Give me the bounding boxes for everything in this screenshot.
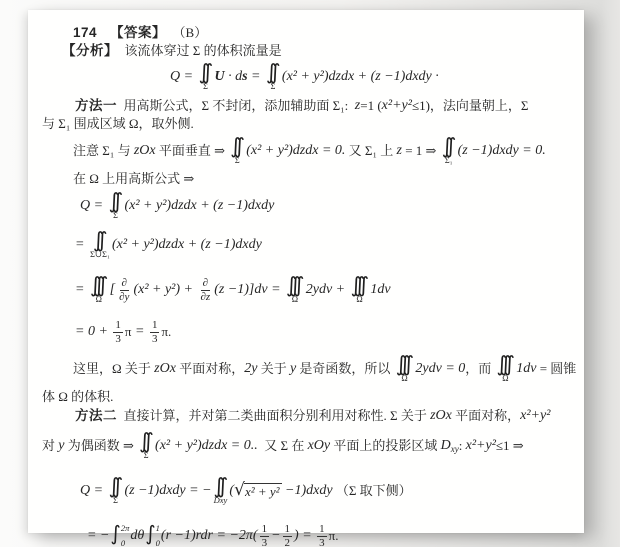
math-segment: (x² + y²)dzdx = 0.. — [155, 437, 258, 455]
integral-limit: Σ — [203, 81, 208, 92]
fraction: 13 — [260, 523, 270, 547]
fraction: ∂∂y — [117, 277, 131, 303]
integral-glyph: ∫∫ — [214, 477, 228, 497]
text-segment: ，而 — [465, 361, 494, 377]
integral-glyph: ∫∫ — [109, 477, 123, 497]
lower-limit: 0 — [121, 538, 130, 547]
integral-glyph: ∫ — [145, 523, 155, 547]
math-segment: x²+y² — [520, 407, 550, 425]
text-segment: 平面垂直 ⇒ — [156, 143, 229, 159]
math-segment: (x² + y²)dzdx + (z −1)dxdy — [124, 197, 274, 215]
symmetry-explanation-line: 这里，Ω 关于 zOx 平面对称，2y 关于 y 是奇函数，所以 ∫∫∫Ω2yd… — [73, 351, 572, 387]
fraction-numerator: 1 — [113, 319, 123, 333]
math-segment: (r −1)rdr = −2π( — [161, 527, 258, 545]
text-segment: = 圆锥 — [536, 361, 576, 377]
text-segment — [97, 25, 110, 41]
double-integral: ∫∫Σ — [230, 137, 244, 166]
math-segment: 2ydv + — [306, 281, 349, 299]
fraction-numerator: 1 — [283, 523, 293, 537]
math-segment: = — [248, 68, 264, 86]
solution-content: 174 【答案】 （B）【分析】 该流体穿过 Σ 的体积流量是Q = ∫∫ΣU … — [42, 24, 572, 547]
text-segment: 体 Ω 的体积. — [42, 389, 113, 405]
fraction-denominator: 2 — [283, 537, 293, 547]
method-1-continuation-line: 与 Σ₁ 围成区域 Ω，取外侧. — [42, 115, 572, 133]
radicand: x² + y² — [244, 483, 282, 500]
integral-glyph: ∫∫∫ — [286, 276, 304, 296]
q-method2-formula-line: Q = ∫∫Σ(z −1)dxdy = −∫∫Dxy(√x² + y² −1)d… — [80, 471, 572, 511]
math-segment: x²+y² — [382, 97, 412, 115]
q-expansion-line-1: Q = ∫∫Σ(x² + y²)dzdx + (z −1)dxdy — [80, 188, 572, 224]
text-segment: 关于 — [257, 361, 290, 377]
fraction-denominator: ∂z — [198, 291, 212, 304]
math-segment: zOx — [134, 142, 156, 160]
math-segment: ) = — [294, 527, 315, 545]
definite-integral: ∫2π0 — [110, 523, 129, 547]
integral-glyph: ∫∫ — [442, 137, 456, 157]
math-segment: dθ — [130, 527, 144, 545]
math-segment: 1dv — [516, 360, 536, 378]
text-segment: 又 Σ₁ 上 — [345, 143, 396, 159]
math-segment: = 0 + — [75, 323, 111, 341]
text-segment: 平面对称， — [452, 408, 520, 424]
double-integral: ∫∫Σ∪Σ₁ — [90, 231, 110, 260]
symmetry-continuation-line: 体 Ω 的体积. — [42, 388, 572, 406]
q-expansion-line-3: = ∫∫∫Ω[∂∂y(x² + y²) + ∂∂z(z −1)]dv = ∫∫∫… — [75, 267, 572, 313]
text-segment: 对 — [42, 438, 58, 454]
text-segment: ≤1 ⇒ — [496, 438, 524, 454]
bold-heading-segment: 【分析】 — [62, 43, 118, 60]
text-segment: ≤1)，法向量朝上，Σ — [412, 98, 529, 114]
perpendicular-note-line: 注意 Σ₁ 与 zOx 平面垂直 ⇒ ∫∫Σ(x² + y²)dzdx = 0.… — [73, 133, 572, 169]
integral-limits: 10 — [156, 523, 160, 547]
math-segment: Q = — [80, 197, 107, 215]
integral-glyph: ∫∫ — [230, 137, 244, 157]
answer-line: 174 【答案】 （B） — [73, 24, 572, 42]
fraction-numerator: ∂ — [120, 277, 129, 291]
integral-limit: Ω — [356, 294, 362, 305]
math-segment: 1dv — [370, 281, 390, 299]
integral-limit: Ω — [96, 294, 102, 305]
math-segment: · d — [225, 68, 243, 86]
q-result-line: = 0 + 13π = 13π. — [75, 315, 572, 349]
text-segment: （B） — [166, 25, 207, 41]
fraction: 13 — [317, 523, 327, 547]
fraction: 13 — [150, 319, 160, 345]
double-integral: ∫∫Σ — [109, 192, 123, 221]
math-segment: = − — [87, 527, 109, 545]
integral-glyph: ∫∫ — [266, 63, 280, 83]
math-segment: 2ydv = 0 — [415, 360, 465, 378]
text-segment: 又 Σ 在 — [258, 438, 308, 454]
integral-limit: Ω — [502, 373, 508, 384]
integral-glyph: ∫∫ — [139, 432, 153, 452]
math-segment: [ — [110, 281, 115, 299]
text-segment: 平面对称， — [176, 361, 244, 377]
text-segment: 与 Σ₁ 围成区域 Ω，取外侧. — [42, 116, 194, 132]
math-segment: = — [75, 236, 88, 254]
text-segment: π. — [161, 324, 171, 340]
subscripted-symbol: Dxy — [441, 437, 459, 455]
math-segment: x²+y² — [466, 437, 496, 455]
text-segment: 平面上的投影区域 — [330, 438, 441, 454]
integral-glyph: ∫∫∫ — [396, 355, 414, 375]
triple-integral: ∫∫∫Ω — [90, 276, 108, 305]
math-segment: (x² + y²) + — [133, 281, 196, 299]
subscript: xy — [451, 444, 459, 454]
double-integral: ∫∫Σ — [266, 63, 280, 92]
fraction-numerator: 1 — [260, 523, 270, 537]
triple-integral: ∫∫∫Ω — [497, 355, 515, 384]
double-integral: ∫∫Σ₁ — [442, 137, 456, 166]
math-segment: Q = — [80, 482, 107, 500]
fraction-denominator: 3 — [317, 537, 327, 547]
math-segment: zOx — [154, 360, 176, 378]
fraction: 13 — [113, 319, 123, 345]
text-segment: π. — [329, 528, 339, 544]
analysis-heading-line: 【分析】 该流体穿过 Σ 的体积流量是 — [62, 42, 572, 60]
integral-glyph: ∫∫ — [199, 63, 213, 83]
fraction-denominator: 3 — [150, 333, 160, 346]
fraction: 12 — [283, 523, 293, 547]
math-segment: Q = — [170, 68, 197, 86]
fraction-denominator: 3 — [260, 537, 270, 547]
double-integral: ∫∫Σ — [139, 432, 153, 461]
text-segment: 为偶函数 ⇒ — [64, 438, 137, 454]
triple-integral: ∫∫∫Ω — [351, 276, 369, 305]
double-integral: ∫∫Dxy — [214, 477, 228, 506]
square-root: √x² + y² — [234, 482, 281, 500]
upper-limit: 2π — [121, 523, 130, 534]
text-segment: =1 ( — [360, 98, 381, 114]
text-segment: π — [125, 324, 132, 340]
fraction-numerator: ∂ — [201, 277, 210, 291]
math-segment: U — [214, 68, 224, 86]
integral-glyph: ∫∫ — [109, 192, 123, 212]
text-segment: 这里，Ω 关于 — [73, 361, 154, 377]
math-segment: zOx — [430, 407, 452, 425]
flux-formula-line: Q = ∫∫ΣU · ds = ∫∫Σ(x² + y²)dzdx + (z −1… — [170, 60, 572, 94]
definite-integral: ∫10 — [145, 523, 160, 547]
integral-limits: 2π0 — [121, 523, 130, 547]
integral-limit: Dxy — [214, 495, 228, 506]
math-segment: = — [131, 323, 147, 341]
math-segment: (z −1)dxdy = − — [124, 482, 211, 500]
triple-integral: ∫∫∫Ω — [286, 276, 304, 305]
upper-limit: 1 — [156, 523, 160, 534]
integral-glyph: ∫∫∫ — [90, 276, 108, 296]
fraction-numerator: 1 — [150, 319, 160, 333]
integral-limit: Σ — [144, 450, 149, 461]
method-2-heading-line: 方法二 直接计算，并对第二类曲面积分别利用对称性. Σ 关于 zOx 平面对称，… — [75, 407, 572, 425]
math-segment: −1)dxdy — [282, 482, 333, 500]
text-segment: 是奇函数，所以 — [296, 361, 394, 377]
triple-integral: ∫∫∫Ω — [396, 355, 414, 384]
fraction-denominator: ∂y — [117, 291, 131, 304]
subscript-base: D — [441, 438, 451, 453]
integral-limit: Ω — [292, 294, 298, 305]
integral-glyph: ∫∫∫ — [497, 355, 515, 375]
double-integral: ∫∫Σ — [109, 477, 123, 506]
text-segment: （Σ 取下侧） — [333, 483, 412, 499]
fraction: ∂∂z — [198, 277, 212, 303]
text-segment: 直接计算，并对第二类曲面积分别利用对称性. Σ 关于 — [117, 408, 430, 424]
math-segment: 2y — [244, 360, 257, 378]
math-segment: xOy — [308, 437, 331, 455]
math-segment: (x² + y²)dzdx + (z −1)dxdy — [112, 236, 262, 254]
q-expansion-line-2: = ∫∫Σ∪Σ₁(x² + y²)dzdx + (z −1)dxdy — [75, 226, 572, 264]
text-segment: 在 Ω 上用高斯公式 ⇒ — [73, 171, 194, 187]
integral-glyph: ∫∫ — [93, 231, 107, 251]
text-segment: 用高斯公式，Σ 不封闭，添加辅助面 Σ₁: — [117, 98, 355, 114]
text-segment: 注意 Σ₁ 与 — [73, 143, 134, 159]
text-segment: : — [459, 438, 466, 454]
integral-limit: Σ — [235, 155, 240, 166]
integral-glyph: ∫∫∫ — [351, 276, 369, 296]
integral-glyph: ∫ — [110, 523, 120, 547]
math-segment: − — [271, 527, 280, 545]
bold-heading-segment: 方法一 — [75, 98, 117, 115]
integral-limit: Σ∪Σ₁ — [90, 249, 110, 260]
integral-limit: Σ₁ — [445, 155, 453, 166]
method-2-continuation-line: 对 y 为偶函数 ⇒ ∫∫Σ(x² + y²)dzdx = 0.. 又 Σ 在 … — [42, 427, 572, 465]
text-segment: = 1 ⇒ — [402, 143, 440, 159]
bold-heading-segment: 【答案】 — [110, 25, 166, 42]
document-page: 174 【答案】 （B）【分析】 该流体穿过 Σ 的体积流量是Q = ∫∫ΣU … — [28, 10, 584, 533]
fraction-denominator: 3 — [113, 333, 123, 346]
bold-heading-segment: 174 — [73, 25, 97, 42]
integral-limit: Σ — [113, 495, 118, 506]
method-1-heading-line: 方法一 用高斯公式，Σ 不封闭，添加辅助面 Σ₁: z=1 (x²+y²≤1)，… — [75, 97, 572, 115]
gauss-apply-line: 在 Ω 上用高斯公式 ⇒ — [73, 170, 572, 188]
math-segment: (z −1)dxdy = 0. — [458, 142, 546, 160]
math-segment: (x² + y²)dzdx + (z −1)dxdy · — [282, 68, 439, 86]
math-segment: (z −1)]dv = — [214, 281, 284, 299]
math-segment: (x² + y²)dzdx = 0. — [246, 142, 345, 160]
integral-limit: Σ — [270, 81, 275, 92]
integral-limit: Σ — [113, 210, 118, 221]
text-segment: 该流体穿过 Σ 的体积流量是 — [118, 43, 282, 59]
integral-limit: Ω — [401, 373, 407, 384]
q-method2-result-line: = −∫2π0dθ∫10(r −1)rdr = −2π(13−12) = 13π… — [87, 517, 572, 547]
double-integral: ∫∫Σ — [199, 63, 213, 92]
bold-heading-segment: 方法二 — [75, 408, 117, 425]
fraction-numerator: 1 — [317, 523, 327, 537]
lower-limit: 0 — [156, 538, 160, 547]
math-segment: = — [75, 281, 88, 299]
